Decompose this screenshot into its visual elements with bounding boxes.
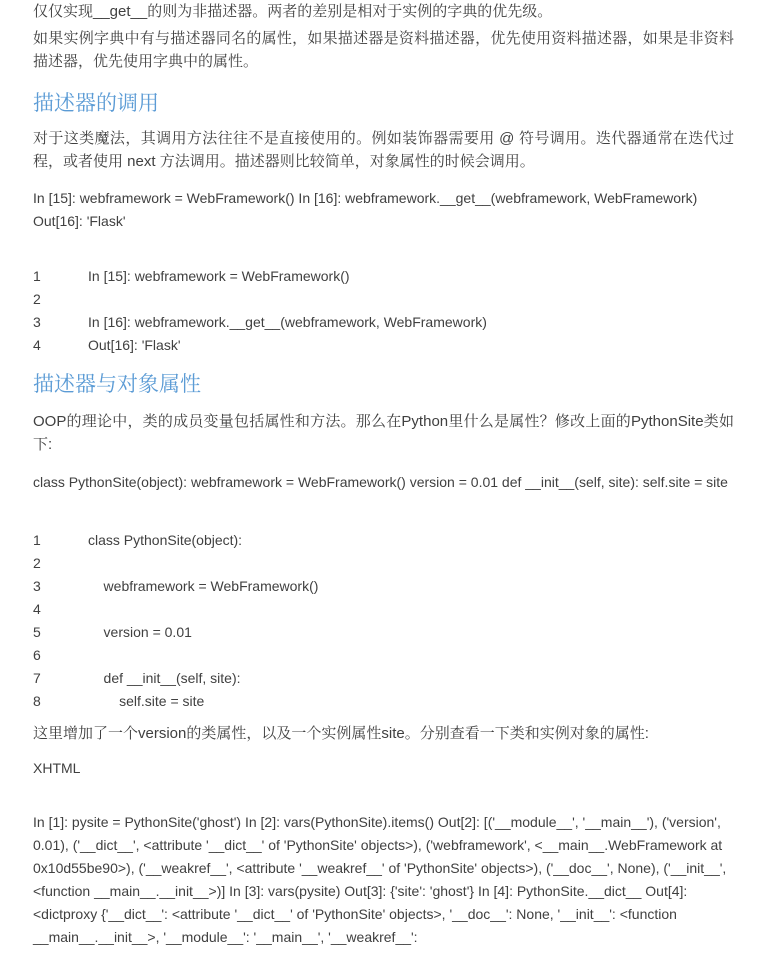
paragraph-descriptor-priority: 如果实例字典中有与描述器同名的属性，如果描述器是资料描述器，优先使用资料描述器，…: [33, 27, 734, 73]
inline-code-pythonsite-class: class PythonSite(object): webframework =…: [33, 471, 734, 494]
code-line: 1 class PythonSite(object):: [33, 529, 734, 552]
code-line: 4: [33, 598, 734, 621]
code-line: 6: [33, 644, 734, 667]
section-heading-descriptor-invocation: 描述器的调用: [33, 89, 734, 119]
code-line: 5 version = 0.01: [33, 621, 734, 644]
code-line: 3 In [16]: webframework.__get__(webframe…: [33, 311, 734, 334]
code-line: 2: [33, 552, 734, 575]
code-line: 8 self.site = site: [33, 690, 734, 713]
code-text: Out[16]: 'Flask': [88, 334, 181, 357]
code-line: 7 def __init__(self, site):: [33, 667, 734, 690]
code-line: 4 Out[16]: 'Flask': [33, 334, 734, 357]
inline-code-webframework-get: In [15]: webframework = WebFramework() I…: [33, 187, 734, 233]
line-number: 1: [33, 265, 88, 288]
line-number: 7: [33, 667, 88, 690]
code-text: self.site = site: [88, 690, 204, 713]
code-line: 3 webframework = WebFramework(): [33, 575, 734, 598]
code-block-webframework-get: 1 In [15]: webframework = WebFramework()…: [33, 265, 734, 357]
section-heading-descriptor-attributes: 描述器与对象属性: [33, 370, 734, 400]
line-number: 3: [33, 311, 88, 334]
code-text: def __init__(self, site):: [88, 667, 241, 690]
paragraph-oop-attributes: OOP的理论中，类的成员变量包括属性和方法。那么在Python里什么是属性？修改…: [33, 410, 734, 456]
inline-code-vars-output: In [1]: pysite = PythonSite('ghost') In …: [33, 811, 734, 949]
code-language-label: XHTML: [33, 757, 734, 780]
code-text: version = 0.01: [88, 621, 192, 644]
paragraph-version-attribute: 这里增加了一个version的类属性，以及一个实例属性site。分别查看一下类和…: [33, 722, 734, 745]
line-number: 1: [33, 529, 88, 552]
code-text: class PythonSite(object):: [88, 529, 242, 552]
paragraph-non-descriptor-intro: 仅仅实现__get__的则为非描述器。两者的差别是相对于实例的字典的优先级。: [33, 0, 734, 23]
line-number: 5: [33, 621, 88, 644]
line-number: 2: [33, 552, 88, 575]
line-number: 8: [33, 690, 88, 713]
code-line: 2: [33, 288, 734, 311]
line-number: 6: [33, 644, 88, 667]
line-number: 4: [33, 598, 88, 621]
paragraph-magic-invocation: 对于这类魔法，其调用方法往往不是直接使用的。例如装饰器需要用 @ 符号调用。迭代…: [33, 127, 734, 173]
code-text: webframework = WebFramework(): [88, 575, 318, 598]
line-number: 2: [33, 288, 88, 311]
line-number: 3: [33, 575, 88, 598]
code-text: In [16]: webframework.__get__(webframewo…: [88, 311, 487, 334]
code-text: In [15]: webframework = WebFramework(): [88, 265, 350, 288]
line-number: 4: [33, 334, 88, 357]
article-content: 仅仅实现__get__的则为非描述器。两者的差别是相对于实例的字典的优先级。 如…: [0, 0, 764, 949]
code-block-pythonsite-class: 1 class PythonSite(object): 2 3 webframe…: [33, 529, 734, 713]
code-line: 1 In [15]: webframework = WebFramework(): [33, 265, 734, 288]
